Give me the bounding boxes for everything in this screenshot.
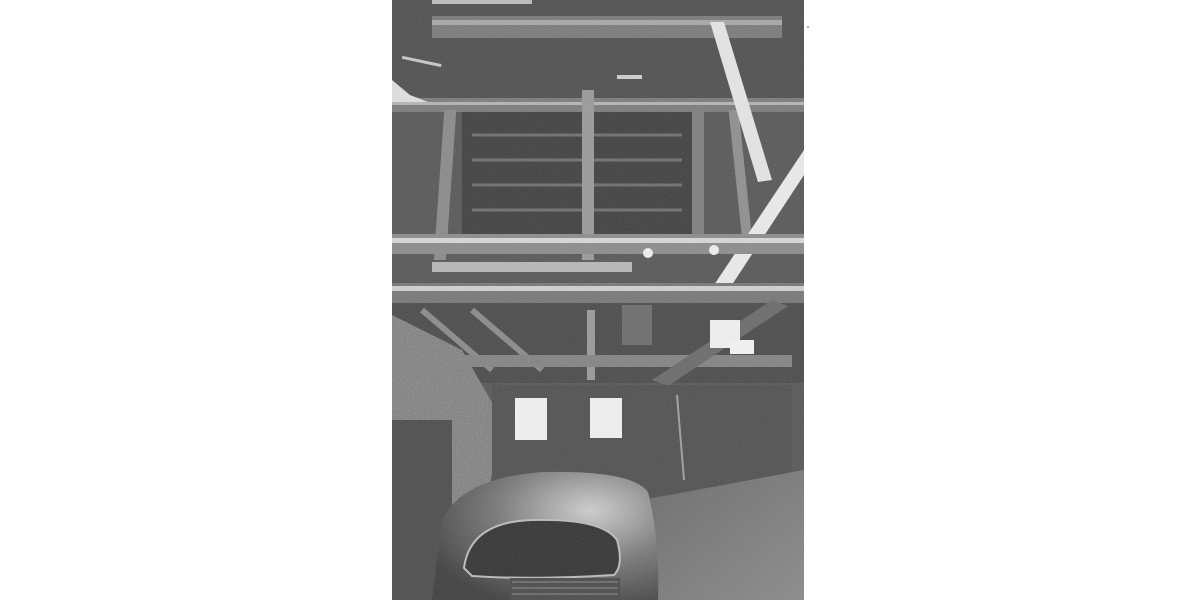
- garage-photograph: [392, 0, 804, 600]
- photo-scene: [392, 0, 804, 600]
- dust-speck: [807, 26, 809, 28]
